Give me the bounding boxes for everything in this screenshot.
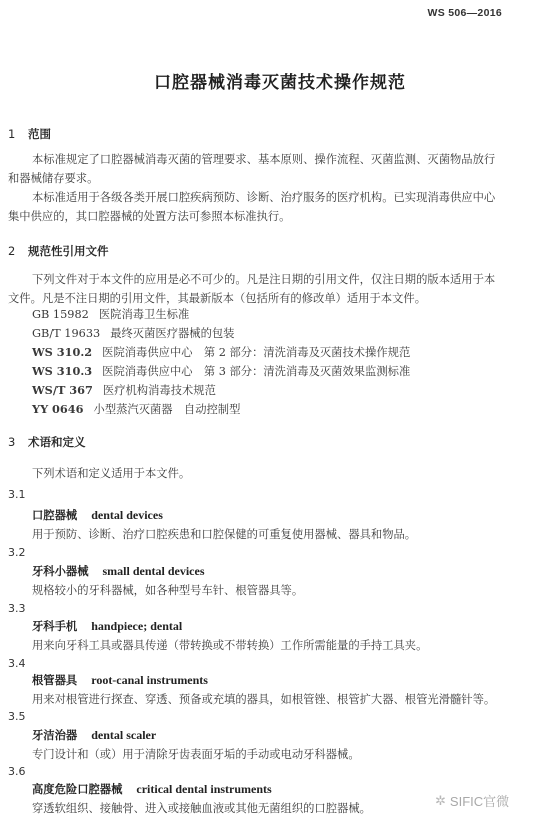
reference-item: GB 15982医院消毒卫生标准	[32, 306, 189, 322]
reference-item: WS 310.2医院消毒供应中心 第 2 部分：清洗消毒及灭菌技术操作规范	[32, 344, 410, 360]
standard-number: WS 506—2016	[427, 7, 502, 19]
term-heading: 牙洁治器dental scaler	[32, 727, 156, 743]
watermark: ✲ SIFIC官微	[435, 791, 509, 810]
term-zh: 牙科小器械	[32, 564, 89, 578]
term-number: 3.1	[8, 488, 26, 501]
reference-title: 医院消毒卫生标准	[99, 308, 189, 321]
section-1-paragraph-2: 本标准适用于各级各类开展口腔疾病预防、诊断、治疗服务的医疗机构。已实现消毒供应中…	[8, 188, 498, 226]
term-definition: 用来对根管进行探查、穿透、预备或充填的器具，如根管锉、根管扩大器、根管光滑髓针等…	[32, 691, 495, 707]
document-title: 口腔器械消毒灭菌技术操作规范	[0, 68, 560, 93]
section-heading-3: 3术语和定义	[8, 434, 86, 450]
section-number: 1	[8, 127, 28, 141]
term-heading: 牙科手机handpiece; dental	[32, 618, 182, 634]
term-number: 3.2	[8, 546, 26, 559]
term-zh: 口腔器械	[32, 508, 77, 522]
reference-title: 医疗机构消毒技术规范	[103, 384, 216, 397]
term-en: handpiece; dental	[91, 619, 182, 633]
section-3-intro: 下列术语和定义适用于本文件。	[32, 464, 190, 483]
term-heading: 根管器具root-canal instruments	[32, 672, 208, 688]
section-title: 规范性引用文件	[28, 244, 109, 258]
term-definition: 规格较小的牙科器械，如各种型号车针、根管器具等。	[32, 582, 303, 598]
reference-code: WS/T 367	[32, 383, 93, 397]
term-number: 3.6	[8, 765, 26, 778]
term-en: dental scaler	[91, 728, 156, 742]
reference-item: GB/T 19633最终灭菌医疗器械的包装	[32, 325, 234, 341]
section-title: 范围	[28, 127, 51, 141]
term-number: 3.3	[8, 602, 26, 615]
section-heading-2: 2规范性引用文件	[8, 243, 109, 259]
term-en: small dental devices	[103, 564, 205, 578]
term-heading: 口腔器械dental devices	[32, 507, 163, 523]
reference-title: 最终灭菌医疗器械的包装	[110, 327, 234, 340]
term-definition: 用于预防、诊断、治疗口腔疾患和口腔保健的可重复使用器械、器具和物品。	[32, 526, 416, 542]
reference-title: 医院消毒供应中心 第 3 部分：清洗消毒及灭菌效果监测标准	[102, 365, 410, 378]
term-definition: 专门设计和（或）用于清除牙齿表面牙垢的手动或电动牙科器械。	[32, 746, 360, 762]
reference-code: WS 310.3	[32, 364, 92, 378]
wechat-icon: ✲	[435, 793, 446, 809]
term-zh: 高度危险口腔器械	[32, 782, 122, 796]
section-1-paragraph-1: 本标准规定了口腔器械消毒灭菌的管理要求、基本原则、操作流程、灭菌监测、灭菌物品放…	[8, 150, 498, 188]
section-title: 术语和定义	[28, 435, 86, 449]
watermark-text: SIFIC官微	[450, 791, 509, 810]
reference-item: YY 0646小型蒸汽灭菌器 自动控制型	[32, 401, 240, 417]
reference-title: 医院消毒供应中心 第 2 部分：清洗消毒及灭菌技术操作规范	[102, 346, 410, 359]
term-heading: 牙科小器械small dental devices	[32, 563, 205, 579]
term-number: 3.4	[8, 657, 26, 670]
term-en: critical dental instruments	[136, 782, 271, 796]
section-heading-1: 1范围	[8, 126, 51, 142]
section-2-paragraph-1: 下列文件对于本文件的应用是必不可少的。凡是注日期的引用文件，仅注日期的版本适用于…	[8, 270, 498, 308]
term-definition: 用来向牙科工具或器具传递（带转换或不带转换）工作所需能量的手持工具夹。	[32, 637, 427, 653]
term-number: 3.5	[8, 710, 26, 723]
reference-item: WS 310.3医院消毒供应中心 第 3 部分：清洗消毒及灭菌效果监测标准	[32, 363, 410, 379]
term-zh: 牙科手机	[32, 619, 77, 633]
term-zh: 根管器具	[32, 673, 77, 687]
reference-code: GB 15982	[32, 308, 89, 321]
reference-item: WS/T 367医疗机构消毒技术规范	[32, 382, 216, 398]
reference-title: 小型蒸汽灭菌器 自动控制型	[94, 403, 241, 416]
term-en: dental devices	[91, 508, 163, 522]
term-definition: 穿透软组织、接触骨、进入或接触血液或其他无菌组织的口腔器械。	[32, 800, 371, 816]
term-en: root-canal instruments	[91, 673, 208, 687]
term-heading: 高度危险口腔器械critical dental instruments	[32, 781, 272, 797]
reference-code: YY 0646	[32, 402, 84, 416]
reference-code: GB/T 19633	[32, 327, 100, 340]
section-number: 2	[8, 244, 28, 258]
section-number: 3	[8, 435, 28, 449]
term-zh: 牙洁治器	[32, 728, 77, 742]
reference-code: WS 310.2	[32, 345, 92, 359]
